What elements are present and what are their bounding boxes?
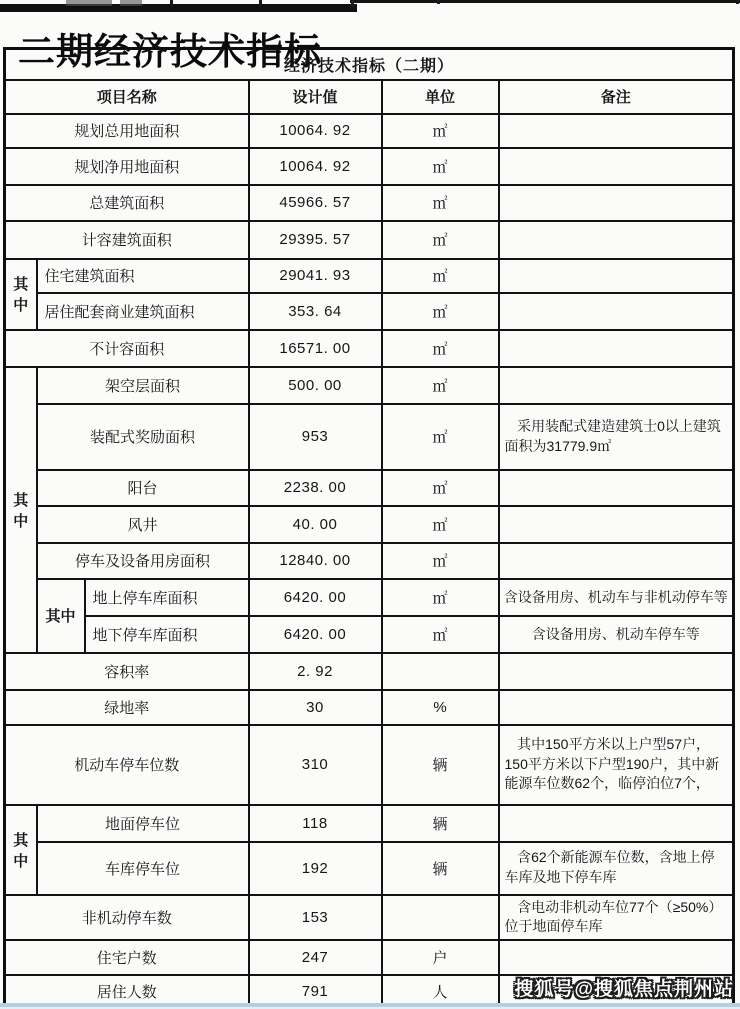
previous-table-divider bbox=[351, 0, 354, 7]
item-remark bbox=[499, 653, 734, 690]
item-name: 停车及设备用房面积 bbox=[37, 543, 249, 579]
item-name: 地面停车位 bbox=[37, 805, 249, 842]
item-unit: 辆 bbox=[382, 725, 499, 805]
previous-table-text-remnant bbox=[66, 0, 112, 6]
item-unit: ㎡ bbox=[382, 330, 499, 367]
table-row: 风井 40. 00 ㎡ bbox=[5, 506, 734, 543]
item-value: 2. 92 bbox=[249, 653, 382, 690]
col-header-remark: 备注 bbox=[499, 80, 734, 114]
item-value: 6420. 00 bbox=[249, 616, 382, 653]
table-row: 容积率 2. 92 bbox=[5, 653, 734, 690]
item-remark bbox=[499, 221, 734, 259]
item-remark bbox=[499, 148, 734, 185]
table-row: 住宅户数 247 户 bbox=[5, 940, 734, 975]
item-unit: 辆 bbox=[382, 805, 499, 842]
table-row: 居住配套商业建筑面积 353. 64 ㎡ bbox=[5, 293, 734, 330]
item-value: 953 bbox=[249, 404, 382, 470]
table-caption-row: 经济技术指标（二期） bbox=[5, 49, 734, 80]
previous-table-divider bbox=[259, 0, 262, 7]
indicators-table-wrapper: 经济技术指标（二期） 项目名称 设计值 单位 备注 规划总用地面积 10064.… bbox=[3, 47, 732, 1009]
item-unit: 辆 bbox=[382, 842, 499, 895]
item-value: 310 bbox=[249, 725, 382, 805]
item-remark bbox=[499, 470, 734, 506]
item-value: 29041. 93 bbox=[249, 259, 382, 293]
previous-table-border bbox=[350, 0, 740, 3]
item-value: 12840. 00 bbox=[249, 543, 382, 579]
item-remark bbox=[499, 690, 734, 725]
item-unit: 户 bbox=[382, 940, 499, 975]
item-unit: % bbox=[382, 690, 499, 725]
item-remark bbox=[499, 506, 734, 543]
item-value: 500. 00 bbox=[249, 367, 382, 404]
item-remark: 含设备用房、机动车与非机动停车等 bbox=[499, 579, 734, 616]
table-row: 地下停车库面积 6420. 00 ㎡ 含设备用房、机动车停车等 bbox=[5, 616, 734, 653]
table-row: 绿地率 30 % bbox=[5, 690, 734, 725]
item-name: 住宅户数 bbox=[5, 940, 249, 975]
previous-table-divider bbox=[170, 0, 173, 7]
item-unit: ㎡ bbox=[382, 185, 499, 221]
item-value: 16571. 00 bbox=[249, 330, 382, 367]
item-name: 规划总用地面积 bbox=[5, 114, 249, 148]
item-unit: ㎡ bbox=[382, 148, 499, 185]
item-remark bbox=[499, 259, 734, 293]
table-row: 车库停车位 192 辆 含62个新能源车位数，含地上停车库及地下停车库 bbox=[5, 842, 734, 895]
item-value: 353. 64 bbox=[249, 293, 382, 330]
item-name: 规划净用地面积 bbox=[5, 148, 249, 185]
item-name: 住宅建筑面积 bbox=[37, 259, 249, 293]
item-unit bbox=[382, 653, 499, 690]
item-name: 阳台 bbox=[37, 470, 249, 506]
table-row: 计容建筑面积 29395. 57 ㎡ bbox=[5, 221, 734, 259]
previous-table-divider bbox=[437, 0, 440, 4]
item-unit: ㎡ bbox=[382, 114, 499, 148]
item-value: 153 bbox=[249, 895, 382, 940]
table-row: 阳台 2238. 00 ㎡ bbox=[5, 470, 734, 506]
table-row: 不计容面积 16571. 00 ㎡ bbox=[5, 330, 734, 367]
previous-table-bottom-bar bbox=[0, 4, 357, 12]
table-row: 停车及设备用房面积 12840. 00 ㎡ bbox=[5, 543, 734, 579]
table-row: 其中 住宅建筑面积 29041. 93 ㎡ bbox=[5, 259, 734, 293]
item-unit bbox=[382, 895, 499, 940]
item-value: 192 bbox=[249, 842, 382, 895]
item-unit: ㎡ bbox=[382, 367, 499, 404]
item-name: 机动车停车位数 bbox=[5, 725, 249, 805]
table-caption: 经济技术指标（二期） bbox=[5, 49, 734, 80]
item-name: 风井 bbox=[37, 506, 249, 543]
item-unit: ㎡ bbox=[382, 579, 499, 616]
table-row: 规划净用地面积 10064. 92 ㎡ bbox=[5, 148, 734, 185]
table-row: 装配式奖励面积 953 ㎡ 采用装配式建造建筑士0以上建筑面积为31779.9㎡ bbox=[5, 404, 734, 470]
item-value: 40. 00 bbox=[249, 506, 382, 543]
watermark-text: 搜狐号@搜狐焦点荆州站 bbox=[514, 974, 734, 1001]
item-value: 29395. 57 bbox=[249, 221, 382, 259]
item-remark bbox=[499, 367, 734, 404]
previous-table-divider bbox=[736, 0, 739, 4]
col-header-name: 项目名称 bbox=[5, 80, 249, 114]
item-unit: ㎡ bbox=[382, 470, 499, 506]
item-remark bbox=[499, 543, 734, 579]
table-row: 其中 架空层面积 500. 00 ㎡ bbox=[5, 367, 734, 404]
item-name: 绿地率 bbox=[5, 690, 249, 725]
item-name: 装配式奖励面积 bbox=[37, 404, 249, 470]
item-value: 45966. 57 bbox=[249, 185, 382, 221]
item-unit: ㎡ bbox=[382, 259, 499, 293]
item-value: 10064. 92 bbox=[249, 148, 382, 185]
item-remark bbox=[499, 940, 734, 975]
item-remark: 含62个新能源车位数，含地上停车库及地下停车库 bbox=[499, 842, 734, 895]
item-remark: 采用装配式建造建筑士0以上建筑面积为31779.9㎡ bbox=[499, 404, 734, 470]
item-unit: ㎡ bbox=[382, 543, 499, 579]
item-remark: 含设备用房、机动车停车等 bbox=[499, 616, 734, 653]
indicators-table: 经济技术指标（二期） 项目名称 设计值 单位 备注 规划总用地面积 10064.… bbox=[3, 47, 735, 1009]
item-remark bbox=[499, 185, 734, 221]
item-name: 地上停车库面积 bbox=[85, 579, 249, 616]
item-value: 10064. 92 bbox=[249, 114, 382, 148]
item-name: 非机动停车数 bbox=[5, 895, 249, 940]
item-remark bbox=[499, 330, 734, 367]
item-name: 容积率 bbox=[5, 653, 249, 690]
item-remark: 含电动非机动车位77个（≥50%）位于地面停车库 bbox=[499, 895, 734, 940]
item-name: 总建筑面积 bbox=[5, 185, 249, 221]
item-unit: ㎡ bbox=[382, 293, 499, 330]
item-name: 居住配套商业建筑面积 bbox=[37, 293, 249, 330]
item-unit: ㎡ bbox=[382, 221, 499, 259]
table-row: 其中 地面停车位 118 辆 bbox=[5, 805, 734, 842]
item-value: 118 bbox=[249, 805, 382, 842]
group-spanner-cell: 其中 bbox=[5, 367, 37, 653]
item-name: 车库停车位 bbox=[37, 842, 249, 895]
item-value: 6420. 00 bbox=[249, 579, 382, 616]
item-remark bbox=[499, 293, 734, 330]
item-name: 不计容面积 bbox=[5, 330, 249, 367]
previous-table-text-remnant bbox=[120, 0, 142, 6]
group-spanner-cell: 其中 bbox=[37, 579, 85, 653]
group-spanner-cell: 其中 bbox=[5, 259, 37, 330]
item-name: 架空层面积 bbox=[37, 367, 249, 404]
item-remark bbox=[499, 114, 734, 148]
col-header-unit: 单位 bbox=[382, 80, 499, 114]
item-unit: ㎡ bbox=[382, 506, 499, 543]
group-spanner-cell: 其中 bbox=[5, 805, 37, 895]
col-header-value: 设计值 bbox=[249, 80, 382, 114]
item-value: 247 bbox=[249, 940, 382, 975]
table-row: 非机动停车数 153 含电动非机动车位77个（≥50%）位于地面停车库 bbox=[5, 895, 734, 940]
item-value: 30 bbox=[249, 690, 382, 725]
item-name: 计容建筑面积 bbox=[5, 221, 249, 259]
item-remark: 其中150平方米以上户型57户，150平方米以下户型190户，其中新能源车位数6… bbox=[499, 725, 734, 805]
table-row: 机动车停车位数 310 辆 其中150平方米以上户型57户，150平方米以下户型… bbox=[5, 725, 734, 805]
table-row: 其中 地上停车库面积 6420. 00 ㎡ 含设备用房、机动车与非机动停车等 bbox=[5, 579, 734, 616]
item-unit: ㎡ bbox=[382, 404, 499, 470]
table-row: 规划总用地面积 10064. 92 ㎡ bbox=[5, 114, 734, 148]
item-value: 2238. 00 bbox=[249, 470, 382, 506]
table-header-row: 项目名称 设计值 单位 备注 bbox=[5, 80, 734, 114]
table-row: 总建筑面积 45966. 57 ㎡ bbox=[5, 185, 734, 221]
item-remark bbox=[499, 805, 734, 842]
item-name: 地下停车库面积 bbox=[85, 616, 249, 653]
item-unit: ㎡ bbox=[382, 616, 499, 653]
